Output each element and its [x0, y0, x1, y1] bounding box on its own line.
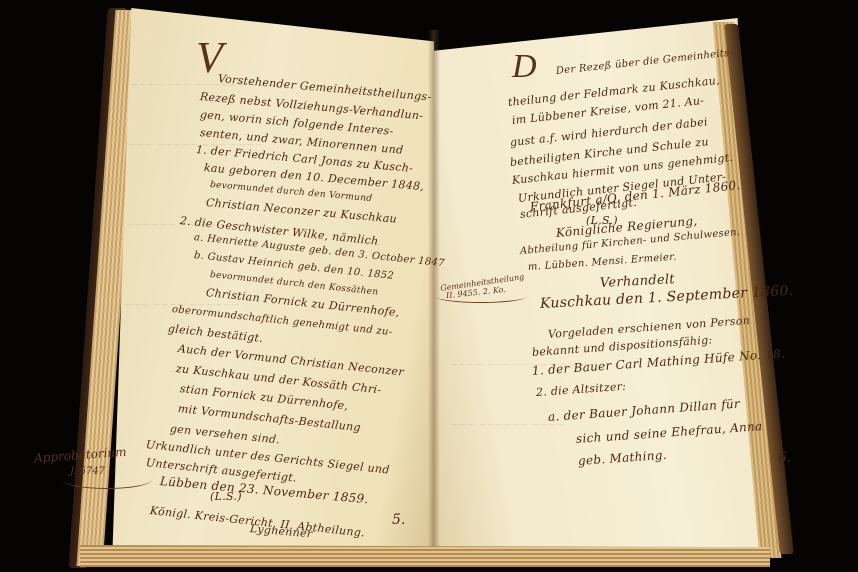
margin-note-underline — [436, 290, 526, 303]
margin-note-underline — [62, 470, 152, 489]
page-mark-left: 5. — [392, 512, 405, 528]
page-edges-bottom — [80, 545, 770, 567]
photo-scene: ~~~~ ~~~ ~~~~~~ ~~~ ~~~ ~~~~~ ~~~ ~~~~ ~… — [0, 0, 858, 572]
seal-mark: (L.S.) — [210, 490, 242, 503]
right-initial-capital: D — [512, 48, 537, 86]
page-mark-right: 6. — [778, 450, 791, 466]
